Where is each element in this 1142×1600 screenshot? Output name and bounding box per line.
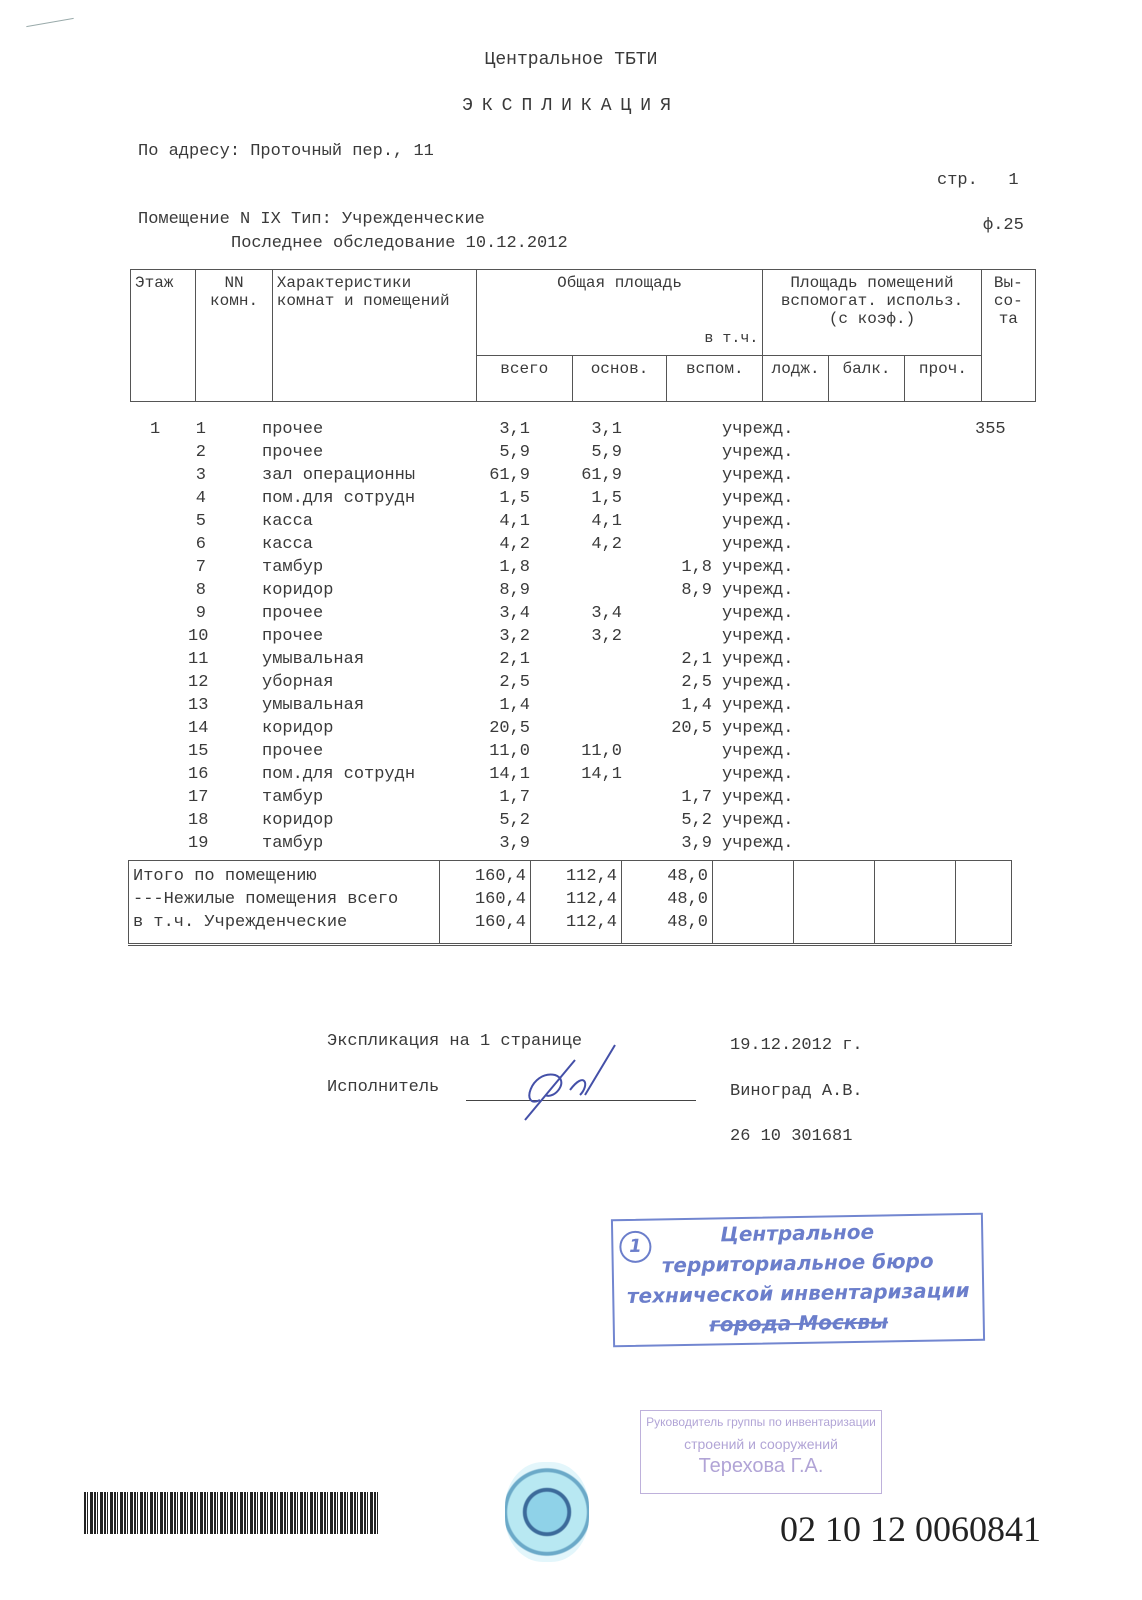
col-height: Вы- со- та [981,270,1035,402]
col-room-no: NN комн. [196,270,272,402]
totals-aux: 48,048,048,0 [622,861,713,945]
cell-main: 14,1 [550,765,622,784]
cell-num: 5 [188,512,206,531]
cell-num: 15 [188,742,206,761]
cell-num: 10 [188,627,206,646]
cell-total: 1,7 [460,788,530,807]
cell-use: учрежд. [722,512,793,531]
cell-aux: 20,5 [640,719,712,738]
table-row: 14коридор20,520,5учрежд. [130,719,1036,742]
cell-main: 11,0 [550,742,622,761]
cell-total: 8,9 [460,581,530,600]
cell-use: учрежд. [722,581,793,600]
cell-total: 5,9 [460,443,530,462]
cell-total: 20,5 [460,719,530,738]
room-info: Помещение N IX Тип: Учрежденческие [138,210,485,229]
cell-main: 3,2 [550,627,622,646]
cell-num: 11 [188,650,206,669]
cell-total: 5,2 [460,811,530,830]
table-row: 6касса4,24,2учрежд. [130,535,1036,558]
cell-use: учрежд. [722,834,793,853]
table-row: 18коридор5,25,2учрежд. [130,811,1036,834]
cell-total: 3,2 [460,627,530,646]
last-survey: Последнее обследование 10.12.2012 [231,234,568,253]
table-row: 12уборная2,52,5учрежд. [130,673,1036,696]
cell-num: 1 [188,420,206,439]
col-aux: вспом. [667,356,763,402]
serial-number: 02 10 12 0060841 [780,1508,1041,1550]
table-row: 13умывальная1,41,4учрежд. [130,696,1036,719]
cell-total: 61,9 [460,466,530,485]
cell-aux: 2,1 [640,650,712,669]
cell-main: 1,5 [550,489,622,508]
scan-mark [26,18,73,27]
cell-aux: 8,9 [640,581,712,600]
cell-total: 4,2 [460,535,530,554]
col-main: основ. [572,356,666,402]
document-date: 19.12.2012 г. [730,1036,863,1055]
cell-num: 8 [188,581,206,600]
cell-name: умывальная [262,696,364,715]
cell-name: коридор [262,719,333,738]
cell-main: 3,4 [550,604,622,623]
cell-num: 14 [188,719,206,738]
cell-use: учрежд. [722,811,793,830]
totals-balcony [794,861,875,945]
cell-name: пом.для сотрудн [262,765,415,784]
cell-name: зал операционны [262,466,415,485]
cell-total: 11,0 [460,742,530,761]
cell-main: 4,2 [550,535,622,554]
form-number: ф.25 [983,216,1024,235]
table-row: 3зал операционны61,961,9учрежд. [130,466,1036,489]
totals-total: 160,4160,4160,4 [440,861,531,945]
executor-code: 26 10 301681 [730,1127,852,1146]
table-row: 16пом.для сотрудн14,114,1учрежд. [130,765,1036,788]
cell-name: коридор [262,581,333,600]
cell-use: учрежд. [722,604,793,623]
cell-total: 3,9 [460,834,530,853]
table-row: 9прочее3,43,4учрежд. [130,604,1036,627]
cell-use: учрежд. [722,420,793,439]
col-floor: Этаж [131,270,196,402]
table-row: 15прочее11,011,0учрежд. [130,742,1036,765]
cell-floor: 1 [150,420,160,439]
cell-name: умывальная [262,650,364,669]
address: По адресу: Проточный пер., 11 [138,142,434,161]
cell-aux: 1,4 [640,696,712,715]
cell-name: касса [262,512,313,531]
cell-total: 2,1 [460,650,530,669]
cell-use: учрежд. [722,558,793,577]
cell-name: прочее [262,604,323,623]
table-row: 10прочее3,23,2учрежд. [130,627,1036,650]
cell-height: 355 [975,420,1006,439]
table-row: 2прочее5,95,9учрежд. [130,443,1036,466]
bti-stamp: 1 Центральное территориальное бюро техни… [611,1213,985,1347]
table-row: 4пом.для сотрудн1,51,5учрежд. [130,489,1036,512]
cell-name: касса [262,535,313,554]
cell-num: 12 [188,673,206,692]
cell-num: 18 [188,811,206,830]
cell-use: учрежд. [722,466,793,485]
cell-total: 1,5 [460,489,530,508]
cell-name: пом.для сотрудн [262,489,415,508]
cell-num: 19 [188,834,206,853]
cell-name: прочее [262,443,323,462]
totals-main: 112,4112,4112,4 [531,861,622,945]
cell-use: учрежд. [722,673,793,692]
cell-num: 16 [188,765,206,784]
cell-name: тамбур [262,834,323,853]
cell-num: 13 [188,696,206,715]
document-title: ЭКСПЛИКАЦИЯ [0,96,1142,116]
cell-use: учрежд. [722,650,793,669]
cell-aux: 1,8 [640,558,712,577]
table-row: 11умывальная2,12,1учрежд. [130,650,1036,673]
cell-use: учрежд. [722,765,793,784]
cell-aux: 3,9 [640,834,712,853]
totals-other [875,861,956,945]
cell-num: 9 [188,604,206,623]
totals-labels: Итого по помещению---Нежилые помещения в… [129,861,440,945]
cell-num: 3 [188,466,206,485]
cell-use: учрежд. [722,535,793,554]
cell-use: учрежд. [722,489,793,508]
table-body: 11прочее3,13,1учрежд.3552прочее5,95,9учр… [130,420,1036,857]
cell-main: 3,1 [550,420,622,439]
cell-total: 4,1 [460,512,530,531]
cell-main: 5,9 [550,443,622,462]
totals-height [956,861,1012,945]
page-number: стр. 1 [937,171,1019,190]
barcode [84,1492,380,1534]
col-loggia: лодж. [763,356,828,402]
cell-total: 14,1 [460,765,530,784]
executor-name: Виноград А.В. [730,1082,863,1101]
table-row: 8коридор8,98,9учрежд. [130,581,1036,604]
cell-use: учрежд. [722,443,793,462]
cell-num: 4 [188,489,206,508]
cell-total: 1,8 [460,558,530,577]
cell-name: тамбур [262,558,323,577]
cell-total: 1,4 [460,696,530,715]
cell-use: учрежд. [722,719,793,738]
cell-use: учрежд. [722,696,793,715]
cell-num: 2 [188,443,206,462]
cell-name: тамбур [262,788,323,807]
cell-aux: 5,2 [640,811,712,830]
cell-name: коридор [262,811,333,830]
table-row: 17тамбур1,71,7учрежд. [130,788,1036,811]
cell-aux: 2,5 [640,673,712,692]
signature-icon [515,1040,625,1130]
cell-total: 3,1 [460,420,530,439]
cell-use: учрежд. [722,788,793,807]
totals-loggia [713,861,794,945]
cell-use: учрежд. [722,627,793,646]
organization-name: Центральное ТБТИ [0,50,1142,70]
col-total-area: Общая площадьв т.ч. [476,270,763,356]
col-characteristics: Характеристики комнат и помещений [272,270,476,402]
table-row: 11прочее3,13,1учрежд.355 [130,420,1036,443]
col-total: всего [476,356,572,402]
hologram-seal-icon [505,1462,589,1562]
cell-use: учрежд. [722,742,793,761]
cell-num: 7 [188,558,206,577]
executor-label: Исполнитель [327,1078,439,1097]
col-balcony: балк. [828,356,904,402]
cell-name: прочее [262,627,323,646]
cell-name: прочее [262,420,323,439]
cell-aux: 1,7 [640,788,712,807]
cell-name: уборная [262,673,333,692]
table-row: 7тамбур1,81,8учрежд. [130,558,1036,581]
cell-name: прочее [262,742,323,761]
cell-main: 61,9 [550,466,622,485]
table-row: 19тамбур3,93,9учрежд. [130,834,1036,857]
table-header: Этаж NN комн. Характеристики комнат и по… [130,269,1036,402]
cell-total: 2,5 [460,673,530,692]
cell-main: 4,1 [550,512,622,531]
cell-total: 3,4 [460,604,530,623]
supervisor-stamp: Руководитель группы по инвентаризации ст… [640,1410,882,1494]
col-other: проч. [905,356,981,402]
totals-table: Итого по помещению---Нежилые помещения в… [128,860,1012,946]
col-aux-area: Площадь помещений вспомогат. использ. (с… [763,270,981,356]
cell-num: 17 [188,788,206,807]
cell-num: 6 [188,535,206,554]
table-row: 5касса4,14,1учрежд. [130,512,1036,535]
